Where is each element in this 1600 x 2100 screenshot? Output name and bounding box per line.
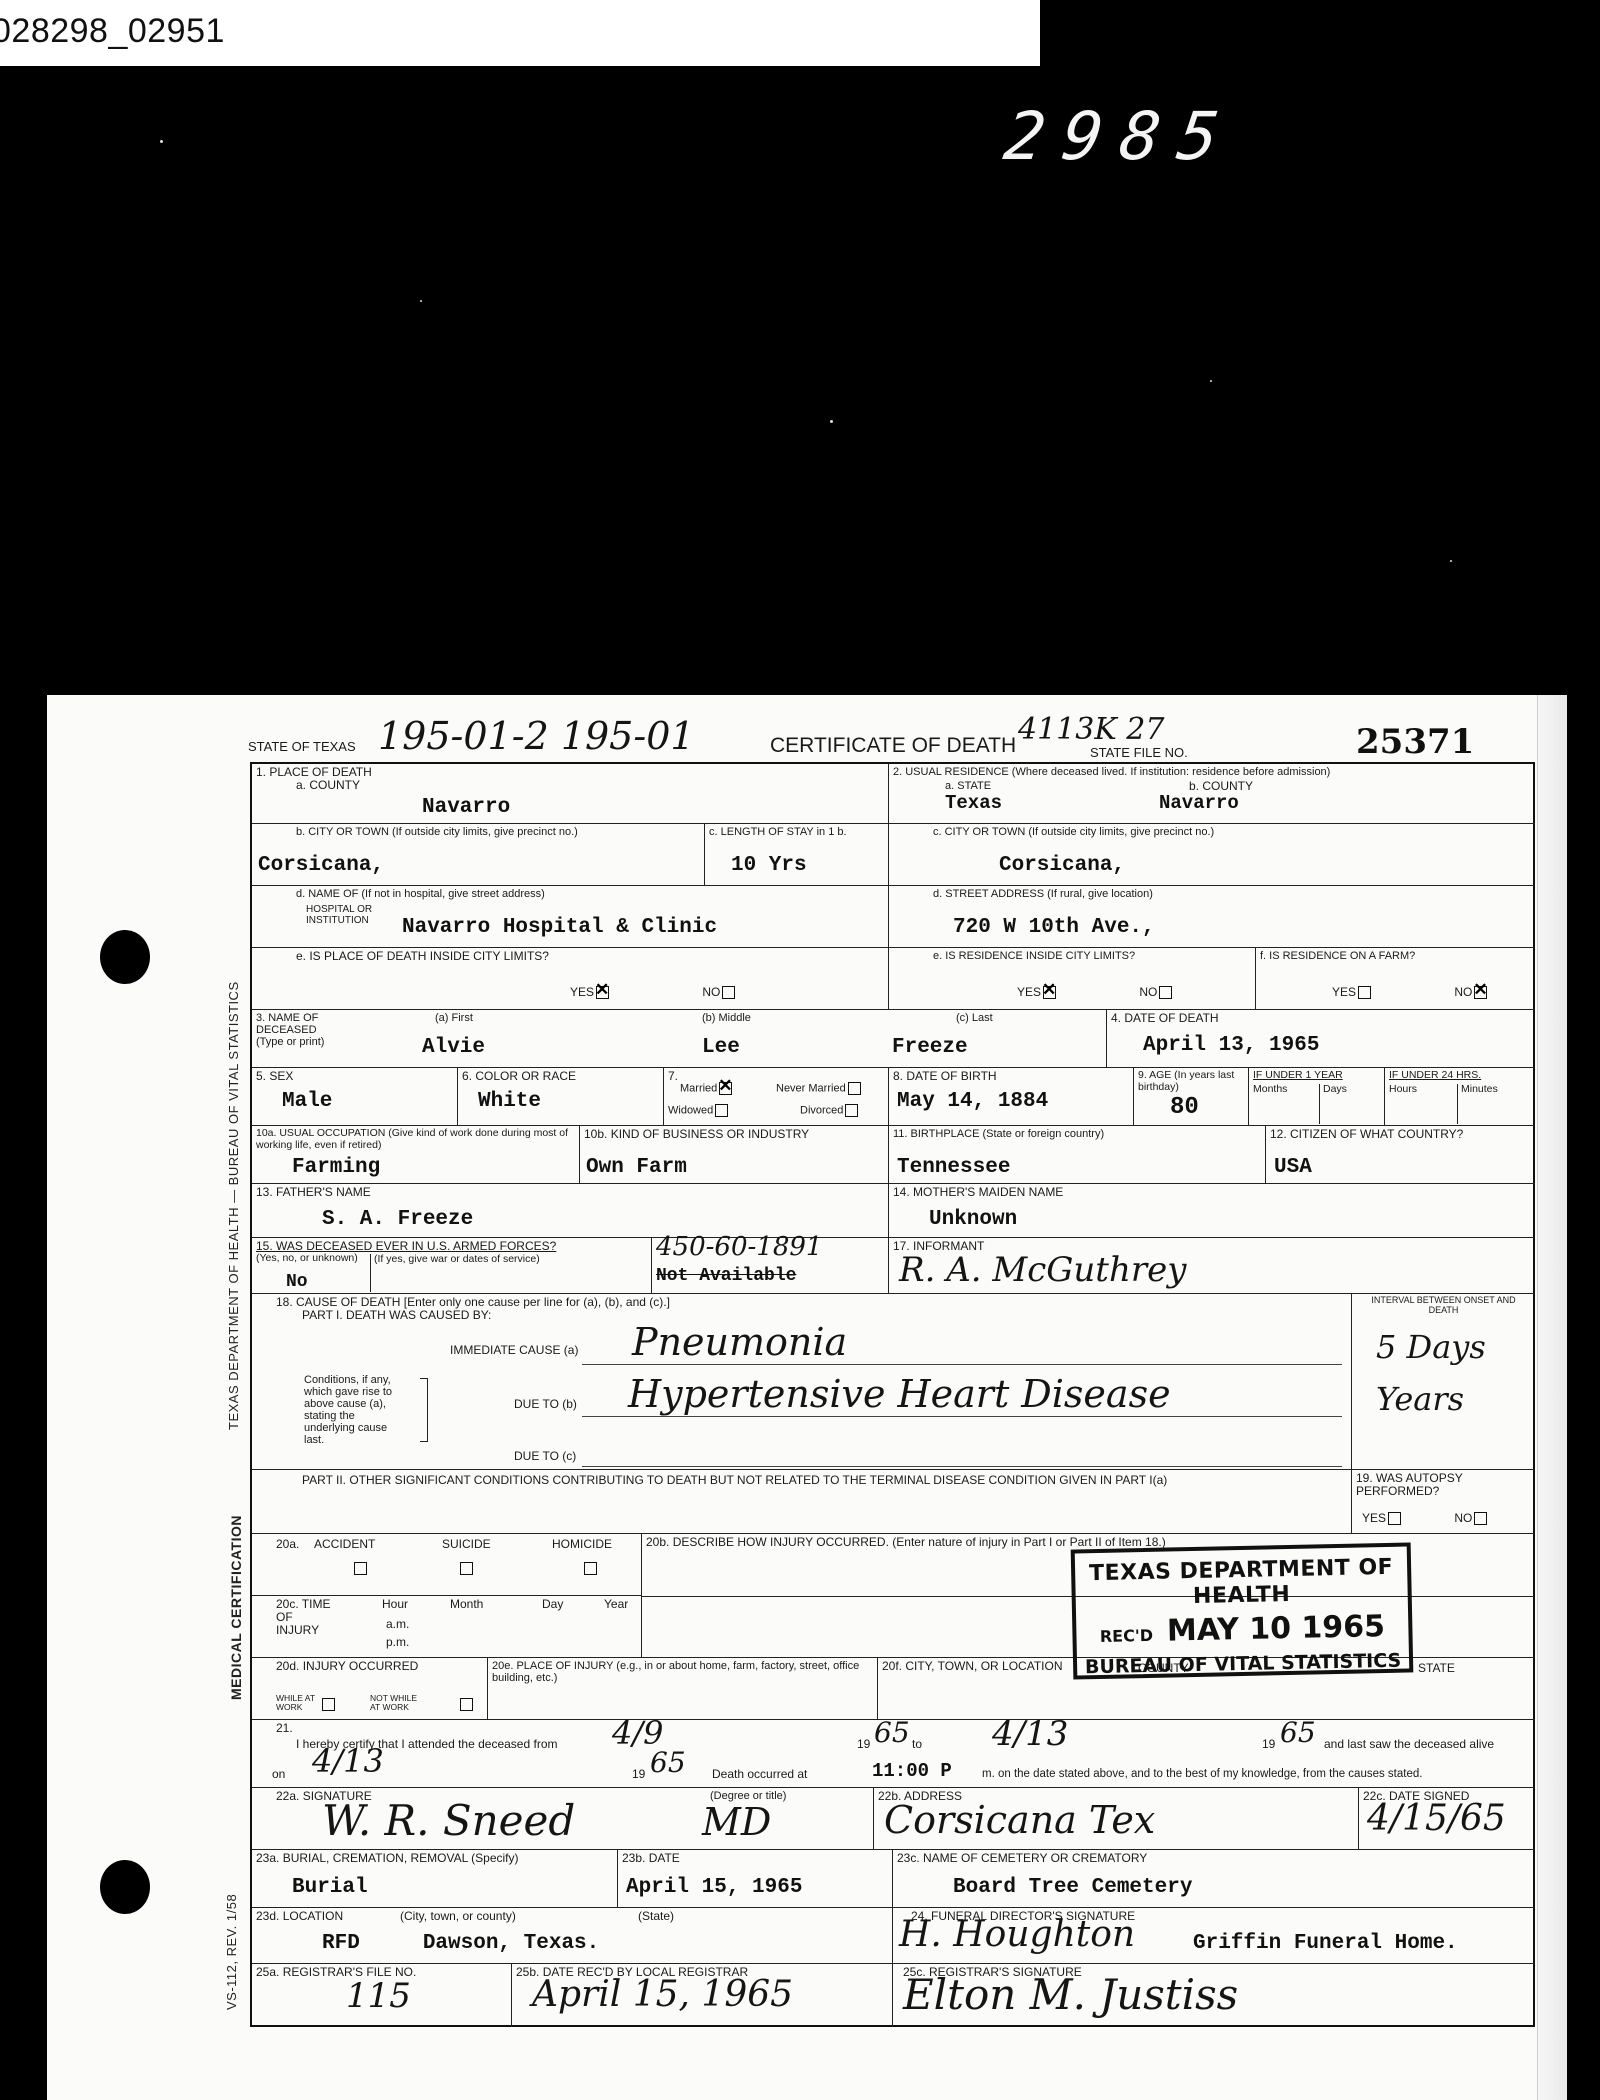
field-label: d. NAME OF (If not in hospital, give str… — [296, 888, 884, 900]
name-of-deceased: 3. NAME OF DECEASED (Type or print) (a) … — [252, 1010, 1107, 1068]
funeral-director: 24. FUNERAL DIRECTOR'S SIGNATURE H. Houg… — [893, 1908, 1535, 1964]
last-name: Freeze — [892, 1036, 968, 1059]
field-label: 6. COLOR OR RACE — [462, 1070, 659, 1083]
field-label: INTERVAL BETWEEN ONSET AND DEATH — [1356, 1296, 1531, 1316]
field-label: to — [912, 1738, 922, 1751]
interval-onset-death: INTERVAL BETWEEN ONSET AND DEATH 5 Days … — [1352, 1294, 1535, 1470]
certificate-title: CERTIFICATE OF DEATH — [770, 734, 1016, 757]
physician-degree: MD — [702, 1800, 771, 1844]
field-label: 19 — [632, 1768, 645, 1781]
checkbox-yes[interactable] — [1358, 986, 1371, 999]
field-label: 19 — [857, 1738, 870, 1751]
side-label-medical: MEDICAL CERTIFICATION — [228, 1515, 244, 1700]
field-label: a.m. — [386, 1618, 409, 1631]
field-value: Texas — [945, 792, 1002, 814]
field-label: 23b. DATE — [622, 1852, 888, 1865]
field-label: Year — [604, 1598, 628, 1611]
no-label: NO — [702, 985, 720, 999]
if-under-24-hrs: IF UNDER 24 HRS. Hours Minutes — [1385, 1068, 1535, 1126]
field-value: Tennessee — [897, 1156, 1010, 1179]
frame-number: 2985 — [1000, 98, 1242, 175]
checkbox-while-at-work[interactable] — [322, 1698, 335, 1711]
film-speck — [1210, 380, 1212, 382]
residence-street: d. STREET ADDRESS (If rural, give locati… — [889, 886, 1535, 948]
field-label: 23d. LOCATION — [256, 1910, 888, 1923]
field-label: Months — [1253, 1084, 1287, 1096]
place-of-death-county: 1. PLACE OF DEATH a. COUNTY Navarro — [252, 764, 889, 824]
field-label: STATE — [1418, 1662, 1455, 1675]
physician-address-text: Corsicana Tex — [884, 1798, 1155, 1842]
last-seen-year: 65 — [650, 1746, 686, 1779]
stamp-recd: REC'D — [1100, 1626, 1154, 1646]
field-value: Male — [282, 1090, 332, 1113]
attended-to-year: 65 — [1280, 1716, 1316, 1749]
field-label: Days — [1319, 1084, 1347, 1124]
film-speck — [1450, 560, 1452, 562]
bracket — [420, 1378, 428, 1442]
field-label: b. CITY OR TOWN (If outside city limits,… — [296, 826, 700, 838]
field-value: Burial — [292, 1876, 368, 1899]
field-label: HOMICIDE — [552, 1538, 612, 1551]
punch-hole — [100, 930, 150, 984]
line-a — [582, 1364, 1342, 1365]
citizen-country: 12. CITIZEN OF WHAT COUNTRY? USA — [1266, 1126, 1535, 1184]
date-signed: 22c. DATE SIGNED 4/15/65 — [1359, 1788, 1535, 1850]
date-recd-local-registrar: 25b. DATE REC'D BY LOCAL REGISTRAR April… — [512, 1964, 893, 2027]
last-seen-date: 4/13 — [312, 1742, 384, 1780]
sex: 5. SEX Male — [252, 1068, 458, 1126]
death-inside-city-limits: e. IS PLACE OF DEATH INSIDE CITY LIMITS?… — [252, 948, 889, 1010]
field-label: e. IS RESIDENCE INSIDE CITY LIMITS? — [933, 950, 1251, 962]
informant-signature: R. A. McGuthrey — [899, 1250, 1186, 1290]
field-label: 23a. BURIAL, CREMATION, REMOVAL (Specify… — [256, 1852, 613, 1865]
middle-name: Lee — [702, 1036, 740, 1059]
field-label: 14. MOTHER'S MAIDEN NAME — [893, 1186, 1531, 1199]
checkbox-yes[interactable] — [1388, 1512, 1401, 1525]
field-label: 20a. — [276, 1538, 299, 1551]
field-value: S. A. Freeze — [322, 1208, 473, 1231]
yes-label: YES — [1017, 985, 1041, 999]
field-value: 720 W 10th Ave., — [953, 916, 1155, 939]
side-label-department: TEXAS DEPARTMENT OF HEALTH — BUREAU OF V… — [226, 981, 241, 1430]
stamp-date: MAY 10 1965 — [1167, 1609, 1386, 1649]
first-name: Alvie — [422, 1036, 485, 1059]
length-of-stay: c. LENGTH OF STAY in 1 b. 10 Yrs — [705, 824, 889, 886]
hospital-name: d. NAME OF (If not in hospital, give str… — [252, 886, 889, 948]
field-label: 3. NAME OF DECEASED (Type or print) — [256, 1012, 346, 1048]
stamp-line-1: TEXAS DEPARTMENT OF HEALTH — [1075, 1555, 1408, 1612]
yes-label: YES — [1362, 1511, 1386, 1525]
attended-from-year: 65 — [874, 1716, 910, 1749]
field-label: IMMEDIATE CAUSE (a) — [450, 1344, 578, 1357]
field-label: 5. SEX — [256, 1070, 453, 1083]
field-label: c. LENGTH OF STAY in 1 b. — [709, 826, 884, 838]
punch-hole — [100, 1860, 150, 1914]
no-label: NO — [1139, 985, 1157, 999]
interval-b: Years — [1376, 1380, 1464, 1418]
field-value: May 14, 1884 — [897, 1090, 1048, 1113]
cemetery-name: 23c. NAME OF CEMETERY OR CREMATORY Board… — [893, 1850, 1535, 1908]
field-label: Hours — [1389, 1084, 1417, 1096]
field-value: 10 Yrs — [731, 854, 807, 877]
field-label: SUICIDE — [442, 1538, 491, 1551]
ssn-struck-text: Not Available — [656, 1266, 796, 1286]
field-label: 12. CITIZEN OF WHAT COUNTRY? — [1270, 1128, 1531, 1141]
field-value: Board Tree Cemetery — [953, 1876, 1192, 1899]
received-stamp: TEXAS DEPARTMENT OF HEALTH REC'DMAY 10 1… — [1071, 1542, 1414, 1679]
line-c — [582, 1466, 1342, 1467]
field-label: ACCIDENT — [314, 1538, 375, 1551]
film-speck — [830, 420, 833, 423]
armed-forces: 15. WAS DECEASED EVER IN U.S. ARMED FORC… — [252, 1238, 652, 1294]
film-speck — [160, 140, 163, 143]
immediate-cause: Pneumonia — [632, 1320, 847, 1364]
funeral-home: Griffin Funeral Home. — [1193, 1932, 1458, 1955]
paper-edge — [1537, 695, 1567, 2100]
field-value: April 13, 1965 — [1143, 1034, 1319, 1057]
yes-label: YES — [570, 985, 594, 999]
field-label: (State) — [638, 1910, 674, 1923]
fathers-name: 13. FATHER'S NAME S. A. Freeze — [252, 1184, 889, 1238]
field-label: (a) First — [435, 1012, 473, 1024]
field-label: and last saw the deceased alive — [1324, 1738, 1494, 1751]
field-label: Minutes — [1457, 1084, 1498, 1124]
color-or-race: 6. COLOR OR RACE White — [458, 1068, 664, 1126]
field-label: 19 — [1262, 1738, 1275, 1751]
certificate-number: 25371 — [1356, 722, 1474, 762]
social-security-number: 450-60-1891 Not Available — [652, 1238, 889, 1294]
field-label: Conditions, if any, which gave rise to a… — [304, 1374, 394, 1447]
option-never-married: Never Married — [776, 1082, 846, 1094]
checkbox-divorced[interactable] — [845, 1104, 858, 1117]
field-label: a. COUNTY — [296, 779, 884, 792]
field-value: Unknown — [929, 1208, 1017, 1231]
field-label: Month — [450, 1598, 483, 1611]
field-label: m. on the date stated above, and to the … — [982, 1768, 1422, 1781]
date-of-death: 4. DATE OF DEATH April 13, 1965 — [1107, 1010, 1535, 1068]
age: 9. AGE (In years last birthday) 80 — [1134, 1068, 1249, 1126]
no-label: NO — [1454, 985, 1472, 999]
burial-location: 23d. LOCATION (City, town, or county) (S… — [252, 1908, 893, 1964]
handwritten-code: 195-01-2 195-01 — [378, 714, 695, 758]
physician-address: 22b. ADDRESS Corsicana Tex — [874, 1788, 1359, 1850]
certificate-form: 1. PLACE OF DEATH a. COUNTY Navarro 2. U… — [250, 762, 1535, 2027]
checkbox-no[interactable] — [1159, 986, 1172, 999]
field-label: f. IS RESIDENCE ON A FARM? — [1260, 950, 1531, 962]
field-value: Farming — [292, 1156, 380, 1179]
residence-on-farm: f. IS RESIDENCE ON A FARM? YES NO — [1256, 948, 1535, 1010]
registrar-signature: 25c. REGISTRAR'S SIGNATURE Elton M. Just… — [893, 1964, 1535, 2027]
checkbox-no-checked[interactable] — [1474, 986, 1487, 999]
checkbox-widowed[interactable] — [715, 1104, 728, 1117]
birthplace: 11. BIRTHPLACE (State or foreign country… — [889, 1126, 1266, 1184]
physician-signature-text: W. R. Sneed — [322, 1796, 575, 1845]
mothers-maiden-name: 14. MOTHER'S MAIDEN NAME Unknown — [889, 1184, 1535, 1238]
residence-state-county: 2. USUAL RESIDENCE (Where deceased lived… — [889, 764, 1535, 824]
checkbox-yes-checked[interactable] — [596, 986, 609, 999]
field-value: Own Farm — [586, 1156, 687, 1179]
field-label: p.m. — [386, 1636, 409, 1649]
field-label: IF UNDER 1 YEAR — [1253, 1070, 1380, 1082]
injury-occurred: 20d. INJURY OCCURRED WHILE AT WORK NOT W… — [252, 1658, 488, 1720]
field-label: 11. BIRTHPLACE (State or foreign country… — [893, 1128, 1261, 1140]
field-label: HOSPITAL OR INSTITUTION — [306, 904, 376, 926]
option-married: Married — [680, 1082, 717, 1094]
field-label: 19. WAS AUTOPSY PERFORMED? — [1356, 1472, 1531, 1498]
field-label: (If yes, give war or dates of service) — [370, 1254, 540, 1292]
handwritten-file-ref: 4113K 27 — [1018, 712, 1164, 747]
residence-city: c. CITY OR TOWN (If outside city limits,… — [889, 824, 1535, 886]
film-speck — [420, 300, 422, 302]
registrar-signature-text: Elton M. Justiss — [903, 1970, 1238, 2019]
field-label: 13. FATHER'S NAME — [256, 1186, 884, 1199]
field-label: a. STATE — [945, 780, 991, 792]
field-label: Death occurred at — [712, 1768, 807, 1781]
field-value: Navarro — [1159, 792, 1239, 814]
cause-of-death: 18. CAUSE OF DEATH [Enter only one cause… — [252, 1294, 1352, 1470]
funeral-director-signature: H. Houghton — [899, 1914, 1135, 1955]
field-value: Navarro — [422, 796, 510, 819]
field-value: RFD Dawson, Texas. — [322, 1932, 599, 1955]
burial-date: 23b. DATE April 15, 1965 — [618, 1850, 893, 1908]
time-of-injury: 20c. TIME OF INJURY Hour a.m. p.m. Month… — [252, 1596, 642, 1658]
field-label: DUE TO (b) — [514, 1398, 577, 1411]
checkbox-no[interactable] — [722, 986, 735, 999]
injury-type: 20a. ACCIDENT SUICIDE HOMICIDE — [252, 1534, 642, 1596]
field-label: Day — [542, 1598, 563, 1611]
checkbox-married-checked[interactable] — [719, 1082, 732, 1095]
field-label: (c) Last — [956, 1012, 993, 1024]
ssn-handwritten: 450-60-1891 — [656, 1232, 822, 1262]
physician-certification: 21. I hereby certify that I attended the… — [252, 1720, 1535, 1788]
field-label: Hour — [382, 1598, 408, 1611]
field-label: on — [272, 1768, 285, 1781]
field-value: Corsicana, — [999, 854, 1125, 877]
field-label: 8. DATE OF BIRTH — [893, 1070, 1129, 1083]
checkbox-never-married[interactable] — [848, 1082, 861, 1095]
field-label: 20c. TIME OF INJURY — [276, 1598, 336, 1638]
field-value: Corsicana, — [258, 854, 384, 877]
field-value: No — [286, 1272, 308, 1292]
option-divorced: Divorced — [800, 1104, 843, 1116]
field-label: 20e. PLACE OF INJURY (e.g., in or about … — [492, 1660, 873, 1684]
certificate-header: STATE OF TEXAS 195-01-2 195-01 CERTIFICA… — [248, 712, 1538, 762]
physician-signature: 22a. SIGNATURE W. R. Sneed (Degree or ti… — [252, 1788, 874, 1850]
burial-method: 23a. BURIAL, CREMATION, REMOVAL (Specify… — [252, 1850, 618, 1908]
field-label: 10b. KIND OF BUSINESS OR INDUSTRY — [584, 1128, 884, 1141]
checkbox-no[interactable] — [1474, 1512, 1487, 1525]
state-file-label: STATE FILE NO. — [1090, 746, 1188, 760]
side-label-form-rev: VS-112, REV. 1/58 — [224, 1894, 239, 2010]
interval-a: 5 Days — [1376, 1328, 1486, 1366]
scan-file-id: 028298_02951 — [0, 12, 225, 51]
field-label: PART II. OTHER SIGNIFICANT CONDITIONS CO… — [302, 1474, 1347, 1487]
informant: 17. INFORMANT R. A. McGuthrey — [889, 1238, 1535, 1294]
field-label: DUE TO (c) — [514, 1450, 576, 1463]
field-value: April 15, 1965 — [626, 1876, 802, 1899]
place-of-injury: 20e. PLACE OF INJURY (e.g., in or about … — [488, 1658, 878, 1720]
option-widowed: Widowed — [668, 1104, 713, 1116]
checkbox-yes-checked[interactable] — [1043, 986, 1056, 999]
date-of-birth: 8. DATE OF BIRTH May 14, 1884 — [889, 1068, 1134, 1126]
field-label: 10a. USUAL OCCUPATION (Give kind of work… — [256, 1128, 575, 1151]
usual-occupation: 10a. USUAL OCCUPATION (Give kind of work… — [252, 1126, 580, 1184]
field-value: April 15, 1965 — [532, 1974, 793, 2015]
kind-of-business: 10b. KIND OF BUSINESS OR INDUSTRY Own Fa… — [580, 1126, 889, 1184]
date-signed-text: 4/15/65 — [1367, 1798, 1506, 1839]
state-label: STATE OF TEXAS — [248, 740, 356, 754]
field-label: 2. USUAL RESIDENCE (Where deceased lived… — [893, 766, 1531, 778]
field-label: 4. DATE OF DEATH — [1111, 1012, 1531, 1025]
due-to-b: Hypertensive Heart Disease — [628, 1372, 1171, 1416]
checkbox-not-at-work[interactable] — [460, 1698, 473, 1711]
checkbox-accident[interactable] — [354, 1562, 367, 1575]
yes-label: YES — [1332, 985, 1356, 999]
scan-label-strip: 028298_02951 — [0, 0, 1040, 66]
attended-to-date: 4/13 — [992, 1714, 1068, 1754]
field-value: 115 — [346, 1976, 411, 2016]
field-label: d. STREET ADDRESS (If rural, give locati… — [933, 888, 1531, 900]
field-label: (b) Middle — [702, 1012, 751, 1024]
field-label: WHILE AT WORK — [276, 1694, 316, 1713]
field-value: 80 — [1170, 1094, 1199, 1121]
field-value: Navarro Hospital & Clinic — [402, 916, 717, 939]
registrar-file-no: 25a. REGISTRAR'S FILE NO. 115 — [252, 1964, 512, 2027]
autopsy: 19. WAS AUTOPSY PERFORMED? YES NO — [1352, 1470, 1535, 1534]
field-label: 9. AGE (In years last birthday) — [1138, 1070, 1244, 1093]
field-label: 20d. INJURY OCCURRED — [276, 1660, 483, 1673]
place-of-death-city: b. CITY OR TOWN (If outside city limits,… — [252, 824, 705, 886]
field-label: 23c. NAME OF CEMETERY OR CREMATORY — [897, 1852, 1531, 1865]
death-time: 11:00 P — [872, 1760, 952, 1782]
field-label: e. IS PLACE OF DEATH INSIDE CITY LIMITS? — [296, 950, 884, 963]
residence-inside-city-limits: e. IS RESIDENCE INSIDE CITY LIMITS? YES … — [889, 948, 1256, 1010]
if-under-1-year: IF UNDER 1 YEAR Months Days — [1249, 1068, 1385, 1126]
checkbox-suicide[interactable] — [460, 1562, 473, 1575]
field-label: (City, town, or county) — [400, 1910, 516, 1923]
part-2-conditions: PART II. OTHER SIGNIFICANT CONDITIONS CO… — [252, 1470, 1352, 1534]
field-label: IF UNDER 24 HRS. — [1389, 1070, 1531, 1082]
field-label: c. CITY OR TOWN (If outside city limits,… — [933, 826, 1531, 838]
field-value: USA — [1274, 1156, 1312, 1179]
checkbox-homicide[interactable] — [584, 1562, 597, 1575]
no-label: NO — [1454, 1511, 1472, 1525]
field-label: NOT WHILE AT WORK — [370, 1694, 420, 1713]
field-value: White — [478, 1090, 541, 1113]
line-b — [582, 1416, 1342, 1417]
marital-status: 7. Married Never Married Widowed Divorce… — [664, 1068, 889, 1126]
